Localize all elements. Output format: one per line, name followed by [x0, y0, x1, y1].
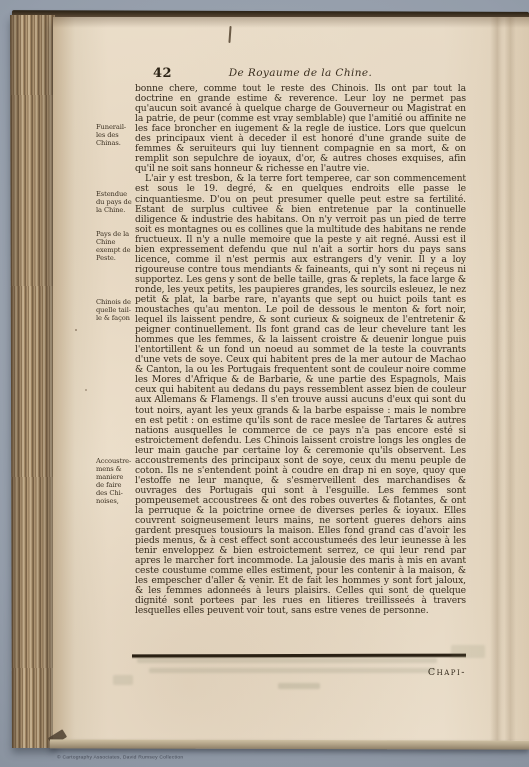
book-page: 42 De Royaume de la Chine. Funerail- les… — [53, 17, 529, 743]
page-fold-shadow — [490, 17, 516, 743]
margin-note-funerailles: Funerail- les des Chinas. — [96, 124, 134, 148]
verso-showthrough — [451, 645, 485, 658]
section-end-rule — [132, 654, 466, 657]
margin-note-pays-exempt: Pays de la Chine exempt de Peste. — [96, 231, 134, 263]
verso-showthrough — [137, 658, 437, 663]
margin-note-chinois-taille: Chinois de quelle tail- le & façon — [96, 299, 134, 323]
scanned-book-photo: { "document": { "page_number": "42", "ru… — [0, 0, 529, 767]
foxing-specks — [75, 329, 77, 331]
body-paragraph-1: bonne chere, comme tout le reste des Chi… — [135, 84, 466, 174]
margin-note-accoustremens: Accoustre- mens & maniere de faire des C… — [96, 458, 134, 505]
running-head: De Royaume de la Chine. — [135, 67, 466, 79]
book-leaf-edges — [10, 15, 57, 748]
verso-showthrough — [113, 675, 133, 685]
verso-showthrough-signature — [278, 683, 320, 689]
verso-showthrough — [149, 668, 435, 673]
body-paragraph-2: L'air y est tresbon, & la terre fort tem… — [135, 174, 466, 616]
ink-mark — [228, 26, 231, 43]
scan-attribution: © Cartography Associates, David Rumsey C… — [57, 755, 183, 760]
page-bottom-edge — [50, 739, 529, 749]
body-text-block: bonne chere, comme tout le reste des Chi… — [135, 84, 466, 616]
margin-note-estendue: Estendue du pays de la Chine. — [96, 191, 134, 215]
